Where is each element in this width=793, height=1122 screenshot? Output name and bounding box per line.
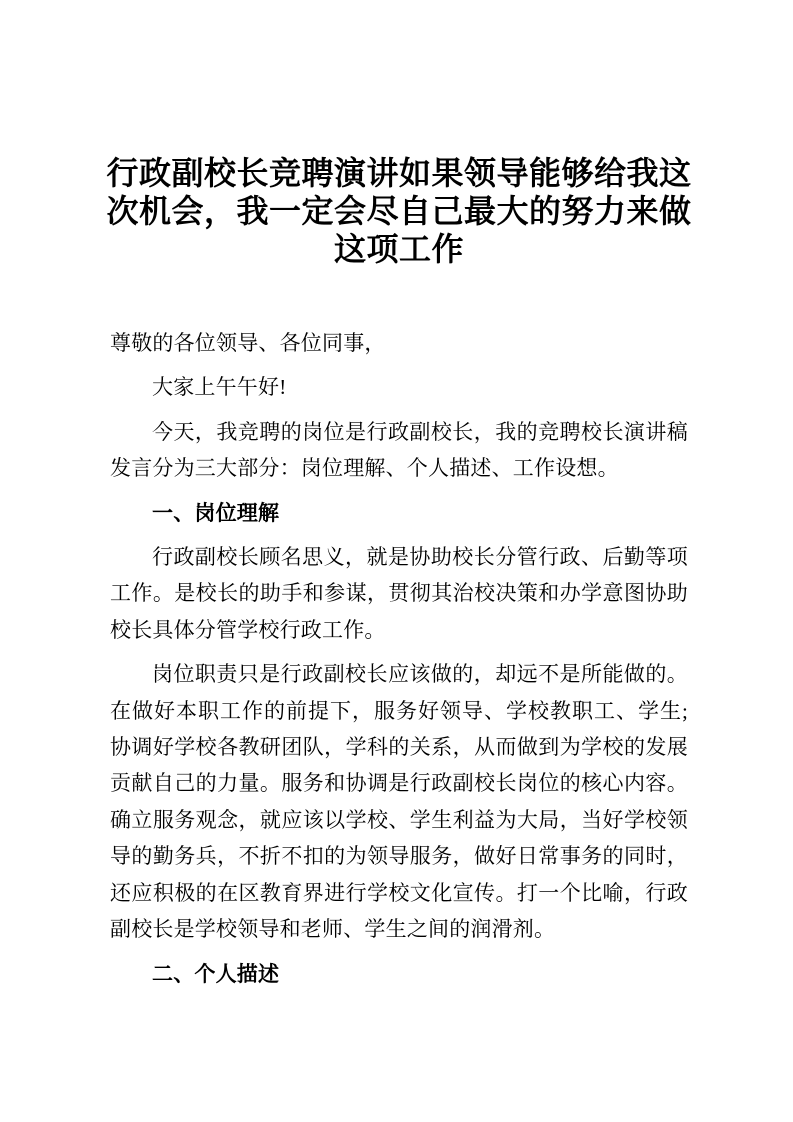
document-page: 行政副校长竞聘演讲如果领导能够给我这次机会，我一定会尽自己最大的努力来做这项工作… bbox=[0, 0, 793, 1122]
section-heading-personal-description: 二、个人描述 bbox=[110, 956, 688, 992]
paragraph-greeting: 大家上午午好! bbox=[110, 369, 688, 405]
paragraph-position-duties: 岗位职责只是行政副校长应该做的，却远不是所能做的。在做好本职工作的前提下，服务好… bbox=[110, 656, 688, 947]
paragraph-intro: 今天，我竞聘的岗位是行政副校长，我的竞聘校长演讲稿发言分为三大部分：岗位理解、个… bbox=[110, 414, 688, 487]
document-body: 尊敬的各位领导、各位同事， 大家上午午好! 今天，我竞聘的岗位是行政副校长，我的… bbox=[110, 325, 688, 992]
document-title: 行政副校长竞聘演讲如果领导能够给我这次机会，我一定会尽自己最大的努力来做这项工作 bbox=[94, 154, 704, 268]
section-heading-position-understanding: 一、岗位理解 bbox=[110, 495, 688, 531]
paragraph-position-definition: 行政副校长顾名思义，就是协助校长分管行政、后勤等项工作。是校长的助手和参谋，贯彻… bbox=[110, 539, 688, 648]
paragraph-salutation: 尊敬的各位领导、各位同事， bbox=[110, 325, 688, 361]
